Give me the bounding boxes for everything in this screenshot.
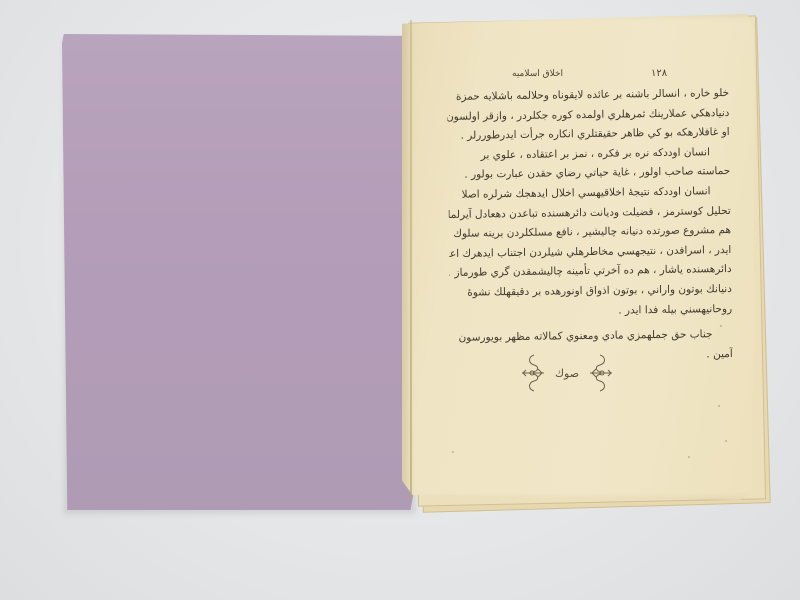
end-ornament: صوك bbox=[520, 352, 614, 394]
end-word: صوك bbox=[555, 367, 579, 380]
page-number: ١٢٨ bbox=[651, 68, 667, 79]
paper-speck bbox=[452, 451, 454, 453]
closing-line: جناب حق جملهمزي مادي ومعنوي كمالاته مظهر… bbox=[450, 325, 732, 349]
paper-speck bbox=[725, 440, 727, 442]
photo-scene: ١٢٨ اخلاق اسلاميه خلو خاره ، انسالر باشن… bbox=[0, 0, 800, 600]
book-spine bbox=[410, 20, 412, 500]
paper-speck bbox=[688, 456, 690, 458]
flourish-right-icon bbox=[588, 353, 614, 393]
paper-speck bbox=[718, 405, 720, 407]
text-line: روحانيهسني بيله فدا ايدر . bbox=[450, 300, 732, 324]
book-cover-purple bbox=[62, 34, 414, 510]
page-body-text: خلو خاره ، انسالر باشنه بر عائده لايقونا… bbox=[447, 84, 733, 368]
running-title: اخلاق اسلاميه bbox=[512, 69, 563, 79]
flourish-left-icon bbox=[520, 353, 546, 393]
